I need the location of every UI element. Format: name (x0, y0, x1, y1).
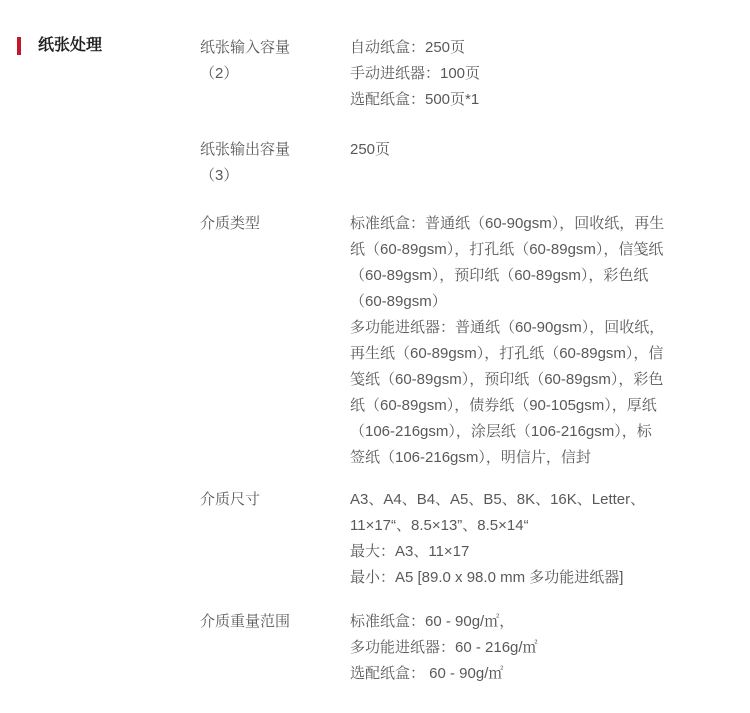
spec-value-line: 最小：A5 [89.0 x 98.0 mm 多功能进纸器] (350, 565, 740, 591)
spec-label-line: （3） (200, 163, 350, 189)
spec-value-line: 再生纸（60-89gsm），打孔纸（60-89gsm），信 (350, 341, 740, 367)
section-header: 纸张处理 (17, 37, 102, 55)
spec-value-line: A3、A4、B4、A5、B5、8K、16K、Letter、 (350, 487, 740, 513)
spec-label: 纸张输入容量（2） (200, 35, 350, 87)
spec-value-line: 11×17“、8.5×13”、8.5×14“ (350, 513, 740, 539)
spec-value-line: 250页 (350, 137, 740, 163)
spec-rows: 纸张输入容量（2）自动纸盒：250页手动进纸器：100页选配纸盒：500页*1纸… (200, 35, 740, 687)
spec-value-line: 多功能进纸器：60 - 216g/㎡ (350, 635, 740, 661)
spec-page: 纸张处理 纸张输入容量（2）自动纸盒：250页手动进纸器：100页选配纸盒：50… (0, 0, 750, 713)
spec-value-line: 多功能进纸器：普通纸（60-90gsm），回收纸， (350, 315, 740, 341)
spec-row: 介质类型标准纸盒：普通纸（60-90gsm），回收纸，再生纸（60-89gsm）… (200, 211, 740, 471)
spec-row: 纸张输入容量（2）自动纸盒：250页手动进纸器：100页选配纸盒：500页*1 (200, 35, 740, 113)
spec-label-line: 介质尺寸 (200, 487, 350, 513)
spec-value: 标准纸盒：普通纸（60-90gsm），回收纸，再生纸（60-89gsm），打孔纸… (350, 211, 740, 471)
spec-value-line: （106-216gsm），涂层纸（106-216gsm），标 (350, 419, 740, 445)
spec-label: 纸张输出容量（3） (200, 137, 350, 189)
spec-label-line: （2） (200, 61, 350, 87)
spec-label: 介质尺寸 (200, 487, 350, 513)
spec-label: 介质类型 (200, 211, 350, 237)
spec-value-line: 签纸（106-216gsm），明信片，信封 (350, 445, 740, 471)
spec-value-line: 选配纸盒：500页*1 (350, 87, 740, 113)
spec-value-line: 自动纸盒：250页 (350, 35, 740, 61)
spec-value-line: 选配纸盒： 60 - 90g/㎡ (350, 661, 740, 687)
spec-value-line: 最大：A3、11×17 (350, 539, 740, 565)
spec-value-line: 标准纸盒：普通纸（60-90gsm），回收纸，再生 (350, 211, 740, 237)
spec-value: 250页 (350, 137, 740, 163)
spec-value-line: 标准纸盒：60 - 90g/㎡， (350, 609, 740, 635)
spec-label-line: 纸张输入容量 (200, 35, 350, 61)
spec-value-line: 纸（60-89gsm），债券纸（90-105gsm），厚纸 (350, 393, 740, 419)
spec-value-line: 笺纸（60-89gsm），预印纸（60-89gsm），彩色 (350, 367, 740, 393)
spec-value: A3、A4、B4、A5、B5、8K、16K、Letter、11×17“、8.5×… (350, 487, 740, 591)
spec-row: 介质重量范围标准纸盒：60 - 90g/㎡，多功能进纸器：60 - 216g/㎡… (200, 609, 740, 687)
spec-value-line: （60-89gsm），预印纸（60-89gsm），彩色纸 (350, 263, 740, 289)
spec-label: 介质重量范围 (200, 609, 350, 635)
spec-label-line: 纸张输出容量 (200, 137, 350, 163)
spec-value: 标准纸盒：60 - 90g/㎡，多功能进纸器：60 - 216g/㎡选配纸盒： … (350, 609, 740, 687)
spec-value: 自动纸盒：250页手动进纸器：100页选配纸盒：500页*1 (350, 35, 740, 113)
spec-value-line: （60-89gsm） (350, 289, 740, 315)
spec-label-line: 介质类型 (200, 211, 350, 237)
spec-value-line: 手动进纸器：100页 (350, 61, 740, 87)
spec-row: 介质尺寸A3、A4、B4、A5、B5、8K、16K、Letter、11×17“、… (200, 487, 740, 591)
spec-row: 纸张输出容量（3）250页 (200, 137, 740, 189)
spec-label-line: 介质重量范围 (200, 609, 350, 635)
section-title: 纸张处理 (38, 37, 102, 55)
spec-value-line: 纸（60-89gsm），打孔纸（60-89gsm），信笺纸 (350, 237, 740, 263)
section-accent-bar (17, 37, 21, 55)
